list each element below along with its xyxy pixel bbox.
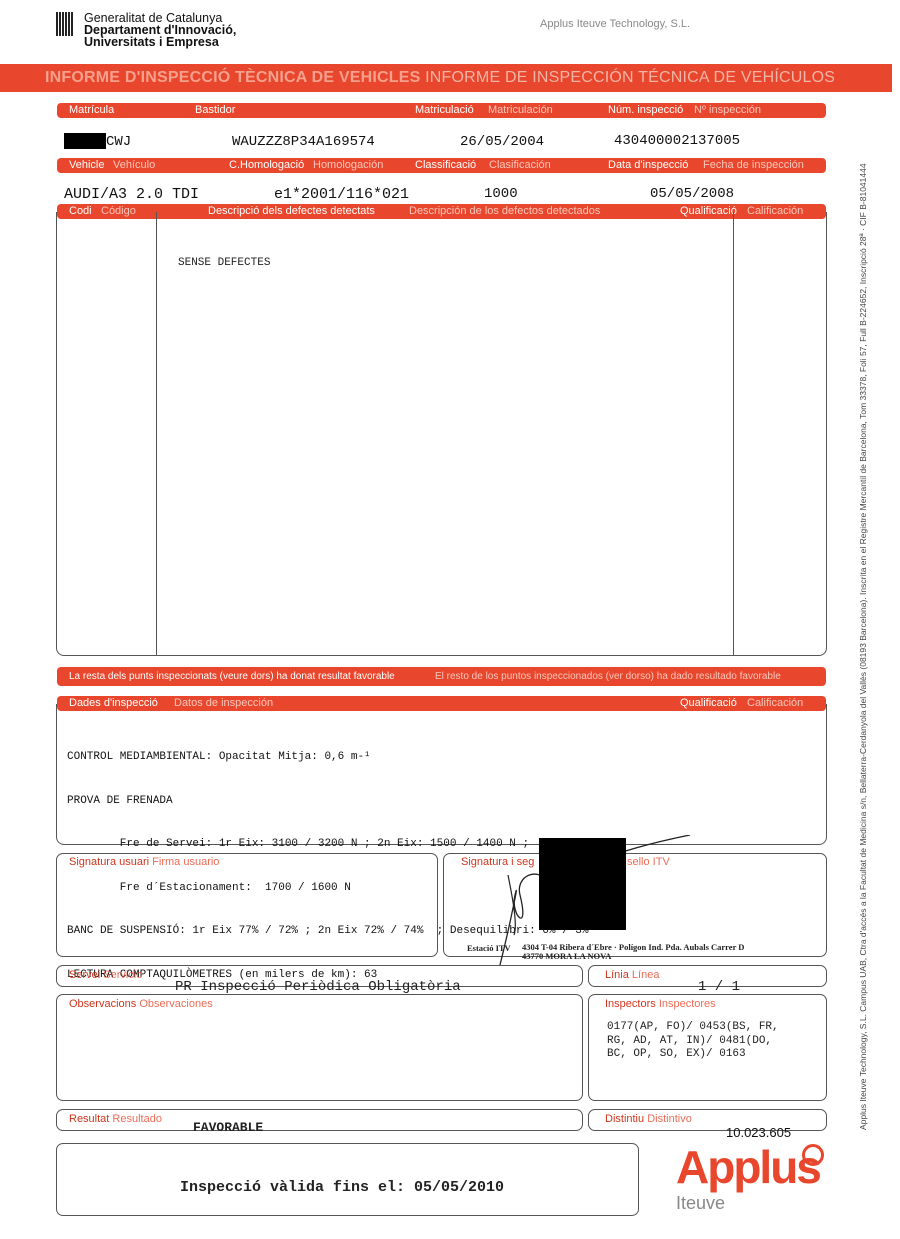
label-bastidor: Bastidor [195,103,235,118]
label-clasificacion-es: Clasificación [489,158,551,173]
gencat-line-3: Universitats i Empresa [84,35,219,49]
user-signature-label: Signatura usuari Firma usuario [69,856,219,868]
defects-text: SENSE DEFECTES [178,257,270,269]
servei-value: PR Inspecció Periòdica Obligatòria [175,979,461,995]
label-homologacio: C.Homologació [229,158,304,173]
generalitat-logo-icon [56,12,78,36]
label-classificacio: Classificació [415,158,476,173]
defects-divider-2 [733,212,734,655]
inspectors-line: RG, AD, AT, IN)/ 0481(DO, [607,1035,779,1049]
rest-favorable-bar: La resta dels punts inspeccionats (veure… [57,667,826,686]
observacions-label: Observacions Observaciones [69,998,213,1010]
iteuve-label: Iteuve [676,1193,725,1214]
rest-banner-es: El resto de los puntos inspeccionados (v… [435,667,781,686]
vehicle-info-header-bar: Vehicle Vehículo C.Homologació Homologac… [57,158,826,173]
applus-brand: Applus [676,1141,820,1193]
label-vehicle: Vehicle [69,158,104,173]
distintiu-label: Distintiu Distintivo [605,1113,692,1125]
document-title-banner: INFORME D'INSPECCIÓ TÈCNICA DE VEHICLES … [0,64,892,92]
value-num-inspeccio: 430400002137005 [614,133,740,149]
generalitat-heading: Generalitat de Catalunya Departament d'I… [84,12,236,48]
dades-line: CONTROL MEDIAMBIENTAL: Opacitat Mitja: 0… [67,750,589,765]
inspectors-list: 0177(AP, FO)/ 0453(BS, FR, RG, AD, AT, I… [607,1021,779,1062]
value-data-inspeccio: 05/05/2008 [650,186,734,202]
defects-divider-1 [156,212,157,655]
servei-label: Servei Servicio [69,969,142,981]
title-ca: INFORME D'INSPECCIÓ TÈCNICA DE VEHICLES [45,69,421,86]
value-homologacio: e1*2001/116*021 [274,186,409,203]
label-matriculacio: Matriculació [415,103,474,118]
station-label: Estació ITV [467,943,511,953]
plus-circle-icon [802,1144,824,1166]
label-vehiculo-es: Vehículo [113,158,155,173]
label-matriculacion-es: Matriculación [488,103,553,118]
redacted-plate [64,133,106,149]
station-address: 4304 T-04 Ribera d´Ebre · Polígon Ind. P… [522,943,744,961]
label-num-inspeccion-es: Nº inspección [694,103,761,118]
value-matricula: CWJ [106,134,131,150]
inspectors-line: BC, OP, SO, EX)/ 0163 [607,1048,779,1062]
dades-line: PROVA DE FRENADA [67,794,589,809]
defects-table [56,212,827,656]
label-num-inspeccio: Núm. inspecció [608,103,683,118]
company-name: Applus Iteuve Technology, S.L. [540,18,690,30]
value-vehicle: AUDI/A3 2.0 TDI [64,186,199,203]
value-classificacio: 1000 [484,186,518,202]
redacted-stamp [539,838,626,930]
value-matriculacio: 26/05/2004 [460,134,544,150]
value-bastidor: WAUZZZ8P34A169574 [232,134,375,150]
label-fecha-inspeccion-es: Fecha de inspección [703,158,804,173]
rest-banner-ca: La resta dels punts inspeccionats (veure… [69,667,395,686]
side-legal-text: Applus Iteuve Technology, S.L. Campus UA… [858,163,868,1130]
observacions-box [56,994,583,1101]
label-homologacion-es: Homologación [313,158,383,173]
resultat-value: FAVORABLE [193,1120,263,1135]
vehicle-id-header-bar: Matrícula Bastidor Matriculació Matricul… [57,103,826,118]
station-line-2: 43770 MORA LA NOVA [522,952,744,961]
linia-value: 1 / 1 [698,979,740,995]
linia-label: Línia Línea [605,969,659,981]
inspectors-label: Inspectors Inspectores [605,998,716,1010]
applus-logo: Applus [676,1140,820,1194]
label-data-inspeccio: Data d'inspecció [608,158,688,173]
title-es: INFORME DE INSPECCIÓN TÉCNICA DE VEHÍCUL… [425,69,835,86]
label-matricula: Matrícula [69,103,114,118]
inspectors-line: 0177(AP, FO)/ 0453(BS, FR, [607,1021,779,1035]
resultat-label: Resultat Resultado [69,1113,162,1125]
distintiu-number: 10.023.605 [726,1125,791,1140]
validity-text: Inspecció vàlida fins el: 05/05/2010 [180,1179,504,1196]
user-signature-box [56,853,438,957]
